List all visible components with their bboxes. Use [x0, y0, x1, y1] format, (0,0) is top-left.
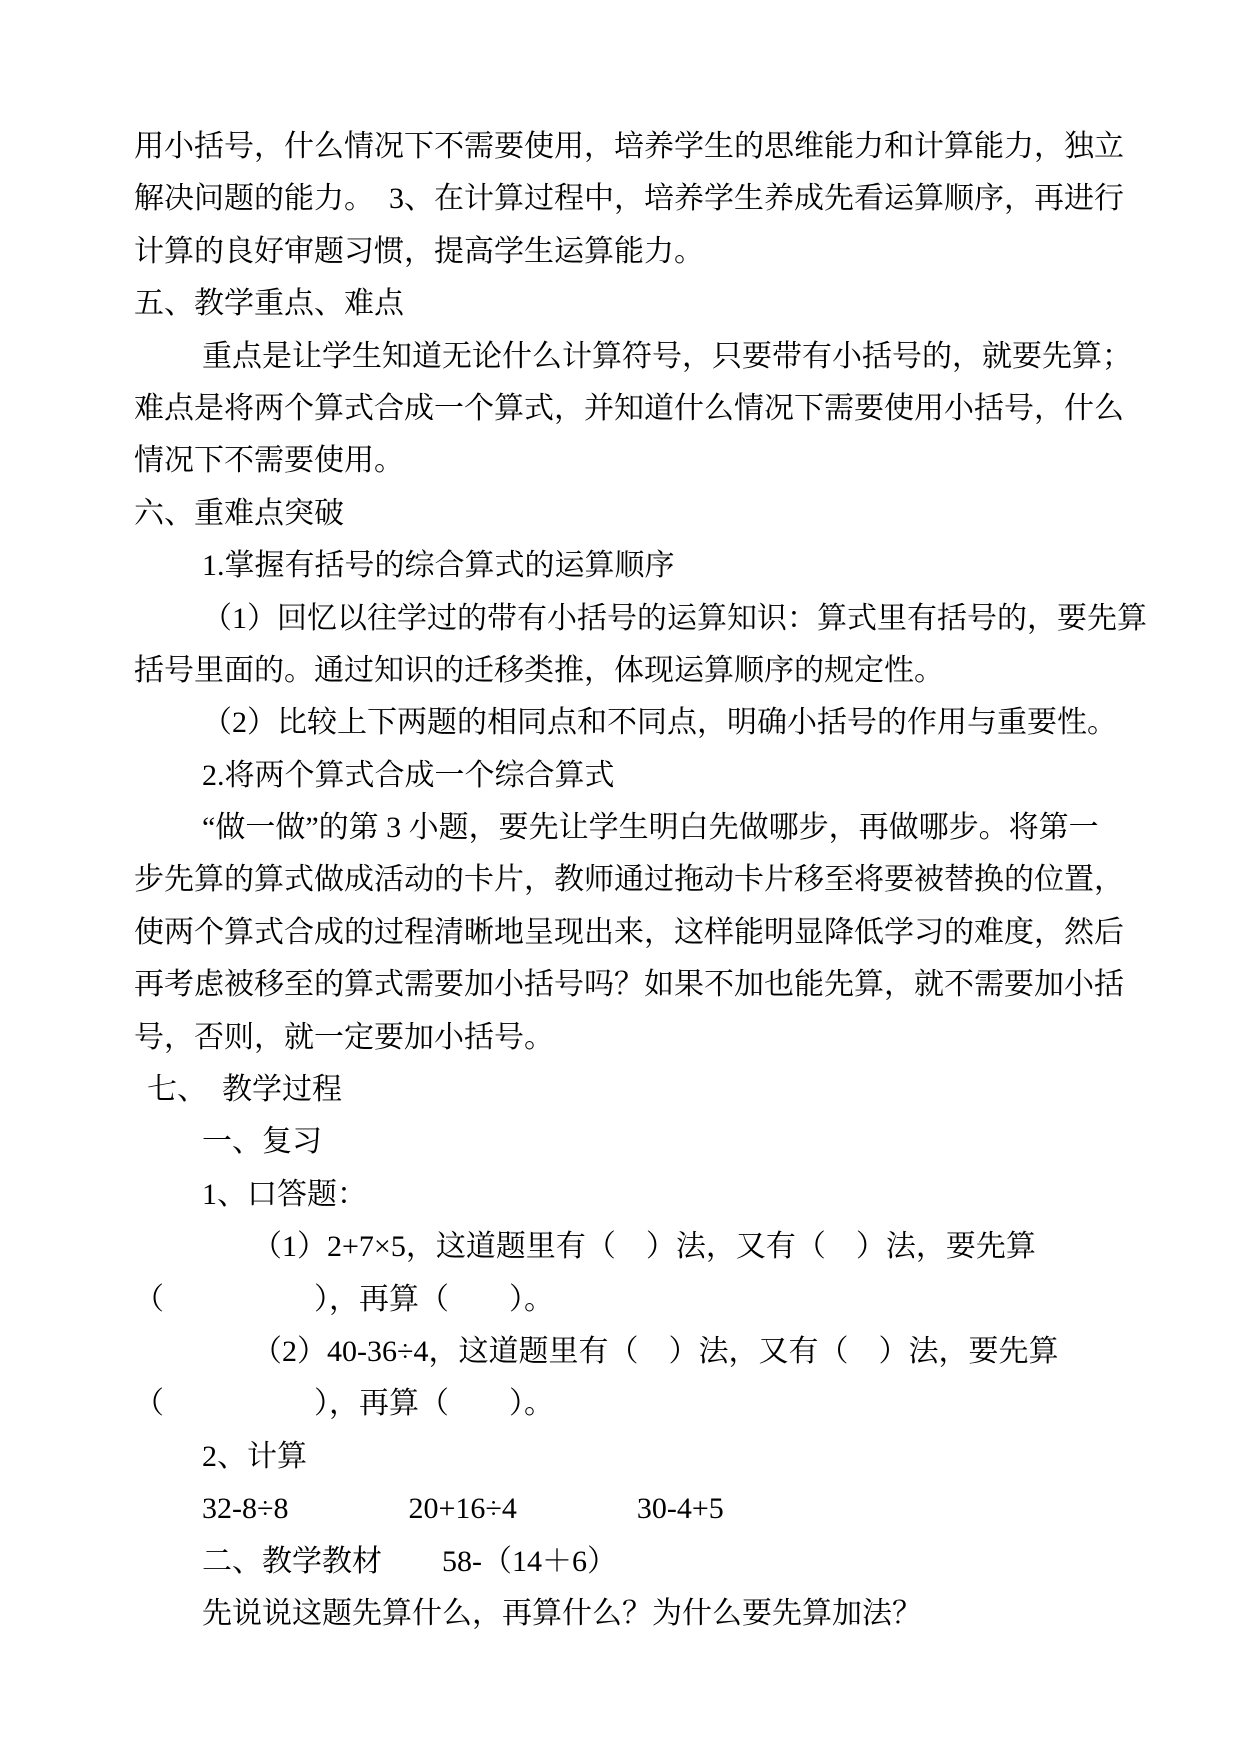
- document-page: 用小括号，什么情况下不需要使用，培养学生的思维能力和计算能力，独立解决问题的能力…: [0, 0, 1241, 1754]
- text-line: （ ），再算（ ）。: [134, 1378, 1194, 1430]
- text-line: 号，否则，就一定要加小括号。: [134, 1012, 1194, 1064]
- text-line: 情况下不需要使用。: [134, 435, 1194, 487]
- text-line: “做一做”的第 3 小题，要先让学生明白先做哪步，再做哪步。将第一: [134, 802, 1194, 854]
- text-line: 二、教学教材 58-（14＋6）: [134, 1536, 1194, 1588]
- text-line: 七、 教学过程: [134, 1064, 1194, 1116]
- text-line: 计算的良好审题习惯，提高学生运算能力。: [134, 226, 1194, 278]
- text-line: 步先算的算式做成活动的卡片，教师通过拖动卡片移至将要被替换的位置，: [134, 854, 1194, 906]
- text-line: 2、计算: [134, 1431, 1194, 1483]
- text-line: 先说说这题先算什么，再算什么？为什么要先算加法？: [134, 1588, 1194, 1640]
- text-line: 使两个算式合成的过程清晰地呈现出来，这样能明显降低学习的难度，然后: [134, 907, 1194, 959]
- text-line: （2）40-36÷4，这道题里有（ ）法，又有（ ）法，要先算: [134, 1326, 1194, 1378]
- text-line: 一、复习: [134, 1116, 1194, 1168]
- text-line: 再考虑被移至的算式需要加小括号吗？如果不加也能先算，就不需要加小括: [134, 959, 1194, 1011]
- text-line: （2）比较上下两题的相同点和不同点，明确小括号的作用与重要性。: [134, 697, 1194, 749]
- text-line: （1）回忆以往学过的带有小括号的运算知识：算式里有括号的，要先算: [134, 593, 1194, 645]
- text-line: （ ），再算（ ）。: [134, 1274, 1194, 1326]
- document-body: 用小括号，什么情况下不需要使用，培养学生的思维能力和计算能力，独立解决问题的能力…: [134, 121, 1194, 1640]
- text-line: 难点是将两个算式合成一个算式，并知道什么情况下需要使用小括号，什么: [134, 383, 1194, 435]
- text-line: 五、教学重点、难点: [134, 278, 1194, 330]
- text-line: 解决问题的能力。 3、在计算过程中，培养学生养成先看运算顺序，再进行: [134, 173, 1194, 225]
- text-line: 1.掌握有括号的综合算式的运算顺序: [134, 540, 1194, 592]
- text-line: 32-8÷8 20+16÷4 30-4+5: [134, 1483, 1194, 1535]
- text-line: 2.将两个算式合成一个综合算式: [134, 750, 1194, 802]
- text-line: 重点是让学生知道无论什么计算符号，只要带有小括号的，就要先算；: [134, 331, 1194, 383]
- text-line: 用小括号，什么情况下不需要使用，培养学生的思维能力和计算能力，独立: [134, 121, 1194, 173]
- text-line: （1）2+7×5，这道题里有（ ）法，又有（ ）法，要先算: [134, 1221, 1194, 1273]
- text-line: 六、重难点突破: [134, 488, 1194, 540]
- text-line: 1、口答题：: [134, 1169, 1194, 1221]
- text-line: 括号里面的。通过知识的迁移类推，体现运算顺序的规定性。: [134, 645, 1194, 697]
